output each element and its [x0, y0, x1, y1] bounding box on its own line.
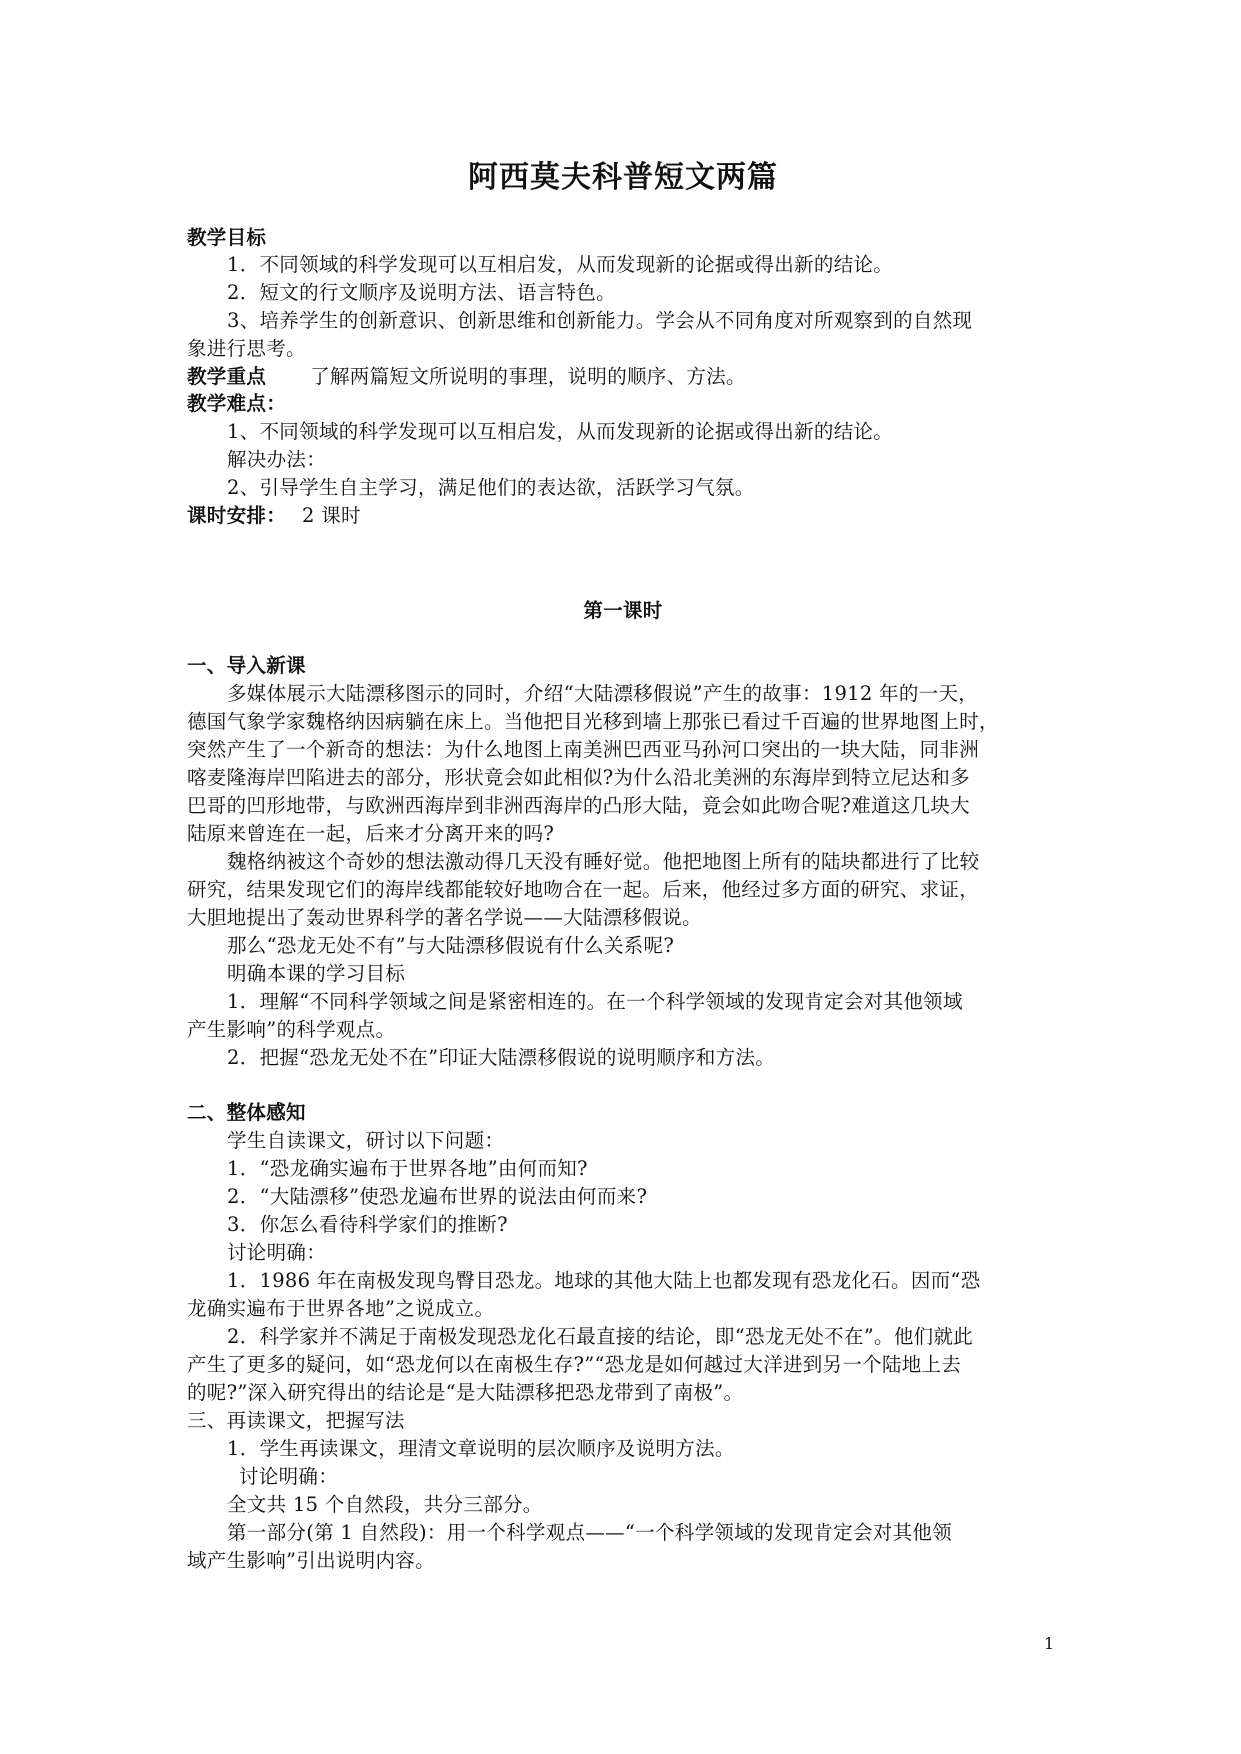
difficulty-line: 1、不同领域的科学发现可以互相启发，从而发现新的论据或得出新的结论。	[227, 418, 893, 446]
section1-line: 多媒体展示大陆漂移图示的同时，介绍“大陆漂移假说”产生的故事：1912 年的一天…	[227, 680, 978, 708]
section1-line: 喀麦隆海岸凹陷进去的部分，形状竟会如此相似?为什么沿北美洲的东海岸到特立尼达和多	[187, 764, 970, 792]
document-title: 阿西莫夫科普短文两篇	[187, 152, 1059, 196]
difficulty-heading: 教学难点：	[187, 390, 286, 418]
section3-line: 域产生影响”引出说明内容。	[187, 1547, 435, 1575]
section2-line: 龙确实遍布于世界各地”之说成立。	[187, 1295, 494, 1323]
page-number: 1	[1044, 1634, 1054, 1653]
objective-item: 象进行思考。	[187, 335, 306, 363]
section3-line: 第一部分(第 1 自然段)：用一个科学观点——“一个科学领域的发现肯定会对其他领	[227, 1519, 952, 1547]
section2-line: 2．“大陆漂移”使恐龙遍布世界的说法由何而来?	[227, 1183, 647, 1211]
section2-line: 1．“恐龙确实遍布于世界各地”由何而知?	[227, 1155, 588, 1183]
section2-line: 产生了更多的疑问，如“恐龙何以在南极生存?”“恐龙是如何越过大洋进到另一个陆地上…	[187, 1351, 961, 1379]
section1-line: 突然产生了一个新奇的想法：为什么地图上南美洲巴西亚马孙河口突出的一块大陆，同非洲	[187, 736, 979, 764]
section1-line: 产生影响”的科学观点。	[187, 1016, 395, 1044]
section1-line: 巴哥的凹形地带，与欧洲西海岸到非洲西海岸的凸形大陆，竟会如此吻合呢?难道这几块大	[187, 792, 970, 820]
section3-line: 全文共 15 个自然段，共分三部分。	[227, 1491, 543, 1519]
objective-item: 1．不同领域的科学发现可以互相启发，从而发现新的论据或得出新的结论。	[227, 251, 893, 279]
section1-line: 德国气象学家魏格纳因病躺在床上。当他把目光移到墙上那张已看过千百遍的世界地图上时…	[187, 708, 999, 736]
objective-item: 3、培养学生的创新意识、创新思维和创新能力。学会从不同角度对所观察到的自然现	[227, 307, 972, 335]
difficulty-line: 2、引导学生自主学习，满足他们的表达欲，活跃学习气氛。	[227, 474, 755, 502]
difficulty-line: 解决办法：	[227, 446, 326, 474]
schedule-text: 2 课时	[302, 504, 361, 527]
section2-line: 讨论明确：	[227, 1239, 326, 1267]
schedule-heading: 课时安排：	[187, 504, 286, 527]
section2-line: 1．1986 年在南极发现鸟臀目恐龙。地球的其他大陆上也都发现有恐龙化石。因而“…	[227, 1267, 981, 1295]
lesson1-heading: 第一课时	[187, 597, 1059, 625]
key-point-row: 教学重点了解两篇短文所说明的事理，说明的顺序、方法。	[187, 363, 746, 391]
section3-line: 讨论明确：	[239, 1463, 338, 1491]
section3-heading: 三、再读课文，把握写法	[187, 1407, 405, 1435]
key-point-text: 了解两篇短文所说明的事理，说明的顺序、方法。	[310, 365, 746, 388]
section2-line: 的呢?”深入研究得出的结论是“是大陆漂移把恐龙带到了南极”。	[187, 1379, 743, 1407]
schedule-row: 课时安排：2 课时	[187, 502, 361, 530]
section2-line: 3．你怎么看待科学家们的推断?	[227, 1211, 508, 1239]
section1-line: 大胆地提出了轰动世界科学的著名学说——大陆漂移假说。	[187, 904, 702, 932]
section1-line: 研究，结果发现它们的海岸线都能较好地吻合在一起。后来，他经过多方面的研究、求证，	[187, 876, 979, 904]
section1-line: 那么“恐龙无处不有”与大陆漂移假说有什么关系呢?	[227, 932, 674, 960]
key-point-heading: 教学重点	[187, 365, 266, 388]
section1-line: 2．把握“恐龙无处不在”印证大陆漂移假说的说明顺序和方法。	[227, 1044, 775, 1072]
section1-line: 陆原来曾连在一起，后来才分离开来的吗?	[187, 820, 554, 848]
section2-heading: 二、整体感知	[187, 1099, 306, 1127]
section1-line: 魏格纳被这个奇妙的想法激动得几天没有睡好觉。他把地图上所有的陆块都进行了比较	[227, 848, 979, 876]
section1-line: 1．理解“不同科学领域之间是紧密相连的。在一个科学领域的发现肯定会对其他领域	[227, 988, 963, 1016]
section2-line: 2．科学家并不满足于南极发现恐龙化石最直接的结论，即“恐龙无处不在”。他们就此	[227, 1323, 973, 1351]
section1-heading: 一、导入新课	[187, 652, 306, 680]
section2-line: 学生自读课文，研讨以下问题：	[227, 1127, 504, 1155]
objectives-heading: 教学目标	[187, 224, 266, 252]
objective-item: 2．短文的行文顺序及说明方法、语言特色。	[227, 279, 616, 307]
section1-line: 明确本课的学习目标	[227, 960, 405, 988]
section3-line: 1．学生再读课文，理清文章说明的层次顺序及说明方法。	[227, 1435, 735, 1463]
